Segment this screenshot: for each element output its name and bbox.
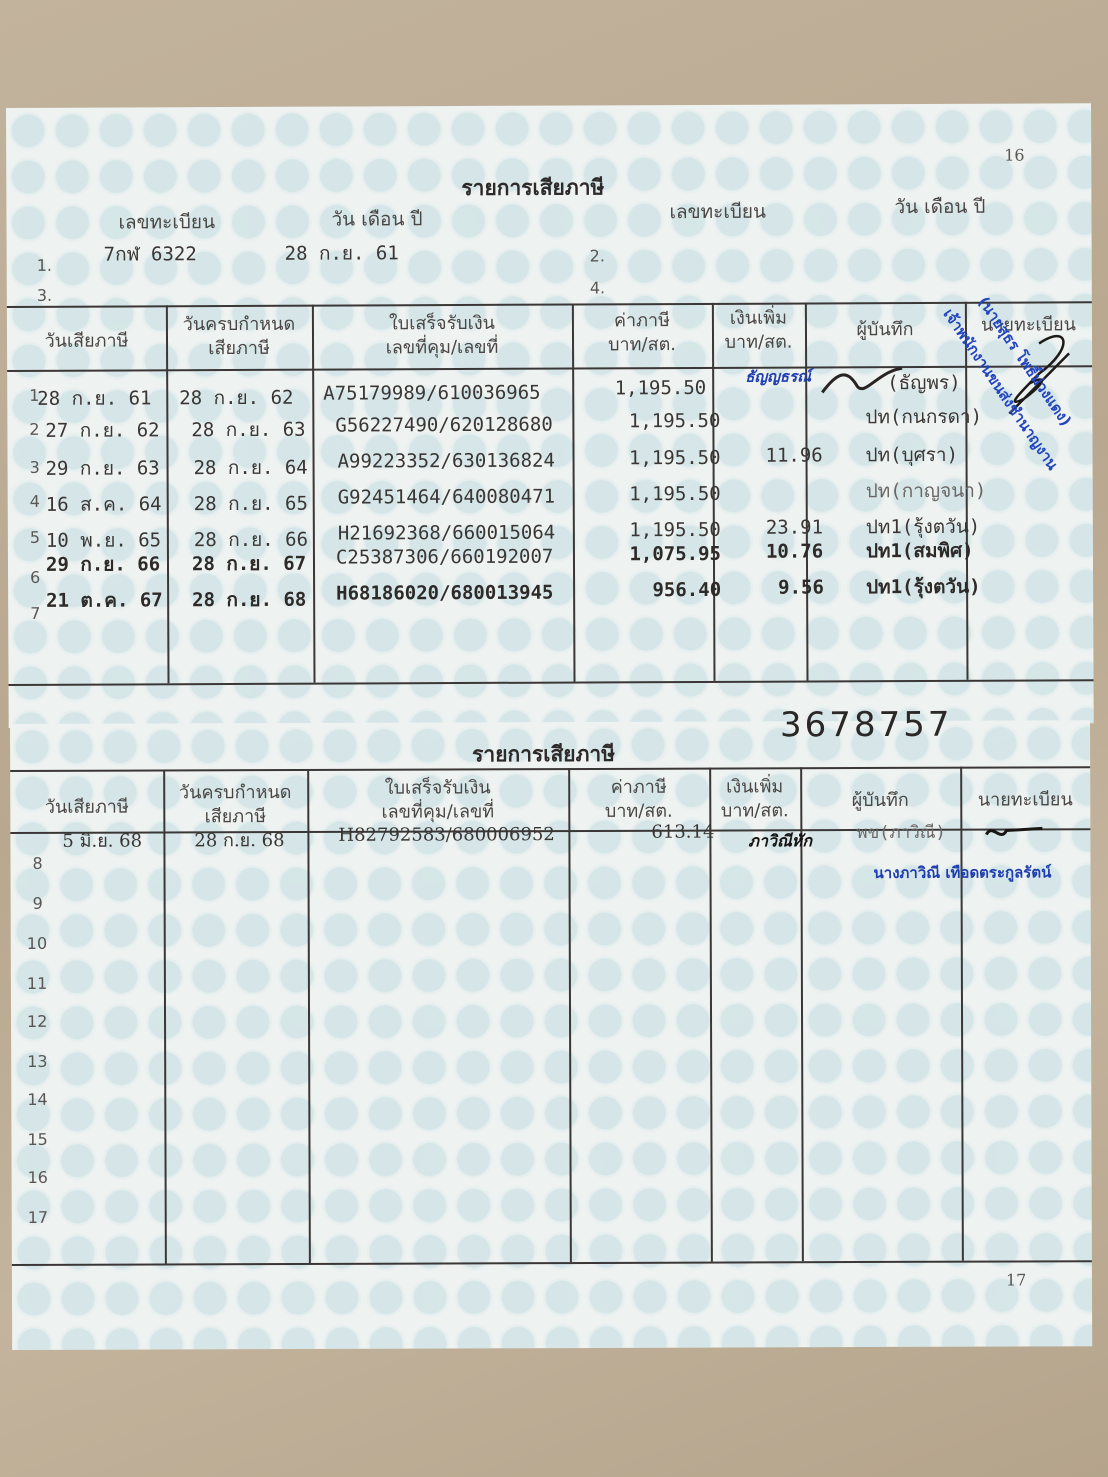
registration-date-1: 28 ก.ย. 61 xyxy=(285,238,399,268)
row-number: 12 xyxy=(27,1012,47,1031)
tax-amount: 1,195.50 xyxy=(582,447,720,470)
registrar-stamp: นางภาวิณี เทือดตระกูลรัตน์ xyxy=(873,860,1051,885)
column-header-paid-date: วันเสียภาษี xyxy=(7,329,166,354)
column-header-receipt: ใบเสร็จรับเงินเลขที่คุม/เลขที่ xyxy=(312,312,572,361)
due-date: 28 ก.ย. 68 xyxy=(192,585,306,615)
row-number: 10 xyxy=(27,934,47,953)
recorder-name: ปท(กนกรดา) xyxy=(865,402,982,433)
receipt-number: H21692368/660015064 xyxy=(338,522,555,545)
row-number: 9 xyxy=(33,894,43,913)
tax-record-page-17: 3678757 รายการเสียภาษี วันเสียภาษี วันคร… xyxy=(10,720,1092,1350)
recorder-name: ปท1(รุ้งตวัน) xyxy=(866,572,981,602)
registrar-signature-icon xyxy=(982,820,1052,842)
plate-label-right: เลขทะเบียน xyxy=(669,197,766,227)
recorder-name: ปท(กาญจนา) xyxy=(866,476,987,507)
table-bottom-border xyxy=(9,679,1094,686)
recorder-name: พข(ภาวิณี) xyxy=(856,819,945,846)
page-title: รายการเสียภาษี xyxy=(461,171,604,205)
paid-date: 5 มิ.ย. 68 xyxy=(62,826,142,855)
page-number: 16 xyxy=(1004,146,1024,165)
page-number: 17 xyxy=(1006,1270,1026,1289)
column-divider xyxy=(572,304,576,682)
tax-amount: 1,195.50 xyxy=(582,377,706,400)
receipt-number: A75179989/610036965 xyxy=(323,382,540,405)
plate-label-left: เลขทะเบียน xyxy=(118,207,215,237)
surcharge-amount: 10.76 xyxy=(766,540,823,562)
column-header-registrar: นายทะเบียน xyxy=(960,788,1090,812)
receipt-number: H68186020/680013945 xyxy=(336,582,553,605)
column-divider xyxy=(166,305,170,683)
registration-plate-1: 7กฬ 6322 xyxy=(104,239,197,269)
registration-index-3: 3. xyxy=(37,286,52,305)
column-divider xyxy=(805,303,809,681)
tax-amount: 613.14 xyxy=(580,822,714,843)
recorder-name: ปท(บุศรา) xyxy=(865,440,958,470)
column-header-due-date: วันครบกำหนดเสียภาษี xyxy=(166,313,312,362)
tax-amount: 1,075.95 xyxy=(583,543,721,566)
row-number: 4 xyxy=(30,492,40,511)
row-number: 14 xyxy=(27,1090,47,1109)
tax-record-page-16: 16 รายการเสียภาษี เลขทะเบียน วัน เดือน ป… xyxy=(6,103,1094,728)
registration-index-4: 4. xyxy=(590,278,605,297)
due-date: 28 ก.ย. 68 xyxy=(194,825,284,854)
paid-date: 29 ก.ย. 63 xyxy=(46,453,160,483)
column-header-recorder: ผู้บันทึก xyxy=(800,789,960,814)
row-number: 3 xyxy=(30,458,40,477)
surcharge-amount: 9.56 xyxy=(778,576,824,598)
row-number: 13 xyxy=(27,1052,47,1071)
table-row: 3 29 ก.ย. 63 28 ก.ย. 64 A99223352/630136… xyxy=(6,103,1091,108)
row-number: 5 xyxy=(30,528,40,547)
table-row: 1 28 ก.ย. 61 28 ก.ย. 62 A75179989/610036… xyxy=(6,103,1091,108)
page-title: รายการเสียภาษี xyxy=(472,738,615,771)
column-header-tax: ค่าภาษีบาท/สต. xyxy=(572,309,712,358)
receipt-number: C25387306/660192007 xyxy=(336,546,553,569)
column-header-surcharge: เงินเพิ่มบาท/สต. xyxy=(712,307,805,355)
due-date: 28 ก.ย. 64 xyxy=(194,453,308,483)
row-number: 2 xyxy=(29,420,39,439)
receipt-number: A99223352/630136824 xyxy=(337,450,554,473)
column-divider xyxy=(312,305,316,683)
column-header-paid-date: วันเสียภาษี xyxy=(10,795,163,820)
handwritten-note: ภาวิณีหัก xyxy=(748,829,812,854)
column-divider xyxy=(307,769,311,1263)
signature-icon xyxy=(817,362,907,398)
paid-date: 27 ก.ย. 62 xyxy=(45,415,159,445)
tax-amount: 1,195.50 xyxy=(582,410,720,433)
tax-amount: 956.40 xyxy=(583,579,721,602)
receipt-number: G56227490/620128680 xyxy=(335,414,552,437)
registration-index-2: 2. xyxy=(590,246,605,265)
table-row: 4 16 ส.ค. 64 28 ก.ย. 65 G92451464/640080… xyxy=(6,103,1091,108)
row-number: 6 xyxy=(30,568,40,587)
table-row: 5 10 พ.ย. 65 28 ก.ย. 66 H21692368/660015… xyxy=(6,103,1091,108)
table-bottom-border xyxy=(12,1260,1092,1266)
paid-date: 28 ก.ย. 61 xyxy=(37,383,151,413)
handwritten-name: ธัญญธรณ์ xyxy=(745,364,811,388)
surcharge-amount: 23.91 xyxy=(766,516,823,538)
row-number: 8 xyxy=(32,854,42,873)
date-label-left: วัน เดือน ปี xyxy=(331,204,422,234)
table-row: 2 27 ก.ย. 62 28 ก.ย. 63 G56227490/620128… xyxy=(6,103,1091,108)
row-number: 11 xyxy=(27,974,47,993)
registration-index-1: 1. xyxy=(37,256,52,275)
due-date: 28 ก.ย. 67 xyxy=(192,549,306,579)
column-header-tax: ค่าภาษีบาท/สต. xyxy=(568,776,709,824)
due-date: 28 ก.ย. 63 xyxy=(191,415,305,445)
column-header-surcharge: เงินเพิ่มบาท/สต. xyxy=(709,775,800,823)
row-number: 16 xyxy=(28,1168,48,1187)
row-number: 7 xyxy=(30,604,40,623)
paid-date: 29 ก.ย. 66 xyxy=(46,549,160,579)
column-header-receipt: ใบเสร็จรับเงินเลขที่คุม/เลขที่ xyxy=(307,776,568,825)
paid-date: 21 ต.ค. 67 xyxy=(46,585,163,616)
paid-date: 16 ส.ค. 64 xyxy=(46,489,162,520)
date-label-right: วัน เดือน ปี xyxy=(894,192,985,222)
column-header-due-date: วันครบกำหนดเสียภาษี xyxy=(163,781,307,830)
recorder-name: ปท1(สมพิศ) xyxy=(866,536,974,566)
receipt-number: H82792583/680006952 xyxy=(338,824,555,846)
table-row: 6 29 ก.ย. 66 28 ก.ย. 67 C25387306/660192… xyxy=(6,103,1091,108)
table-row: 7 21 ต.ค. 67 28 ก.ย. 68 H68186020/680013… xyxy=(6,103,1091,108)
due-date: 28 ก.ย. 65 xyxy=(194,489,308,519)
table-top-border xyxy=(7,301,1092,308)
column-divider xyxy=(960,767,964,1261)
column-divider xyxy=(568,768,572,1262)
surcharge-amount: 11.96 xyxy=(765,444,822,466)
tax-amount: 1,195.50 xyxy=(583,519,721,542)
due-date: 28 ก.ย. 62 xyxy=(179,383,293,413)
column-divider xyxy=(163,769,167,1263)
tax-amount: 1,195.50 xyxy=(583,483,721,506)
serial-number: 3678757 xyxy=(780,705,953,746)
row-number: 17 xyxy=(28,1208,48,1227)
receipt-number: G92451464/640080471 xyxy=(338,486,555,509)
row-number: 15 xyxy=(27,1130,47,1149)
